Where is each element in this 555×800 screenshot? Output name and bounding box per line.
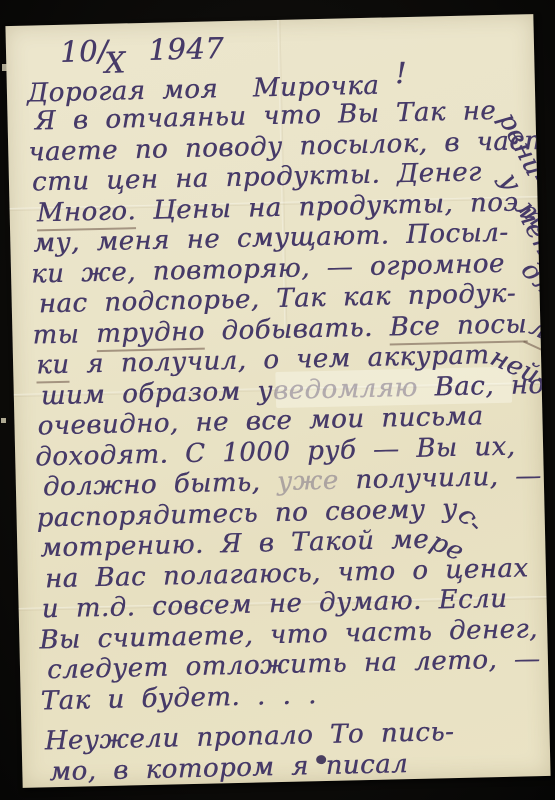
letter-text: добывать. [204,312,390,346]
paper-speck [1,418,6,423]
letter-text: 10/ [60,34,109,69]
letter-text: шим образом у [40,376,273,411]
letter-text: ки [36,350,70,384]
letter-text: получили, — [338,461,542,496]
letter-text: ты [32,319,96,350]
letter-line: 10/X1947 [60,26,531,67]
letter-text: ведомляю [273,372,419,405]
letter-body: 10/X1947Дорогая моя Мирочка!Я в отчаяньи… [5,14,550,788]
letter-text: должно быть, [43,467,278,502]
letter-text: X [104,47,126,78]
letter-text: Так и будет. . . . [40,680,317,716]
paper-speck [2,64,7,71]
letter-text: уже [277,466,339,497]
letter-text: 1947 [148,31,225,67]
letter-paper: 10/X1947Дорогая моя Мирочка!Я в отчаяньи… [5,14,550,788]
letter-text: ! [395,57,408,88]
